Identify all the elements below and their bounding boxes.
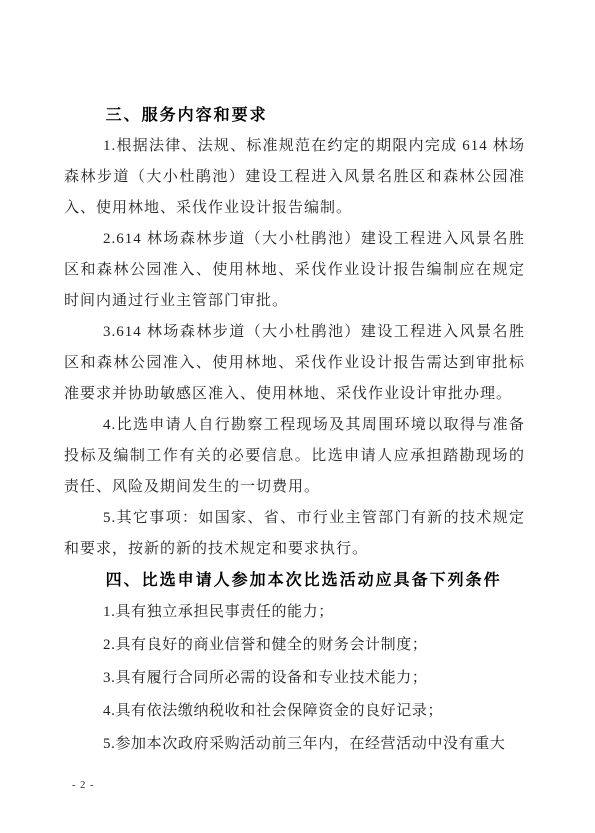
page-number: - 2 - (72, 780, 95, 791)
condition-item-3: 3.具有履行合同所必需的设备和专业技术能力； (64, 662, 525, 695)
service-paragraph-3: 3.614 林场森林步道（大小杜鹃池）建设工程进入风景名胜区和森林公园准入、使用… (64, 317, 525, 410)
condition-item-5: 5.参加本次政府采购活动前三年内，在经营活动中没有重大 (64, 728, 525, 761)
service-paragraph-5: 5.其它事项：如国家、省、市行业主管部门有新的技术规定和要求，按新的新的技术规定… (64, 503, 525, 565)
document-page: 三、服务内容和要求 1.根据法律、法规、标准规范在约定的期限内完成 614 林场… (0, 0, 595, 833)
section-service-heading: 三、服务内容和要求 (64, 100, 525, 131)
section-conditions-heading: 四、比选申请人参加本次比选活动应具备下列条件 (64, 565, 525, 596)
condition-item-1: 1.具有独立承担民事责任的能力； (64, 596, 525, 629)
condition-item-4: 4.具有依法缴纳税收和社会保障资金的良好记录； (64, 695, 525, 728)
condition-item-2: 2.具有良好的商业信誉和健全的财务会计制度； (64, 629, 525, 662)
service-paragraph-2: 2.614 林场森林步道（大小杜鹃池）建设工程进入风景名胜区和森林公园准入、使用… (64, 224, 525, 317)
service-paragraph-4: 4.比选申请人自行勘察工程现场及其周围环境以取得与准备投标及编制工作有关的必要信… (64, 410, 525, 503)
service-paragraph-1: 1.根据法律、法规、标准规范在约定的期限内完成 614 林场森林步道（大小杜鹃池… (64, 131, 525, 224)
